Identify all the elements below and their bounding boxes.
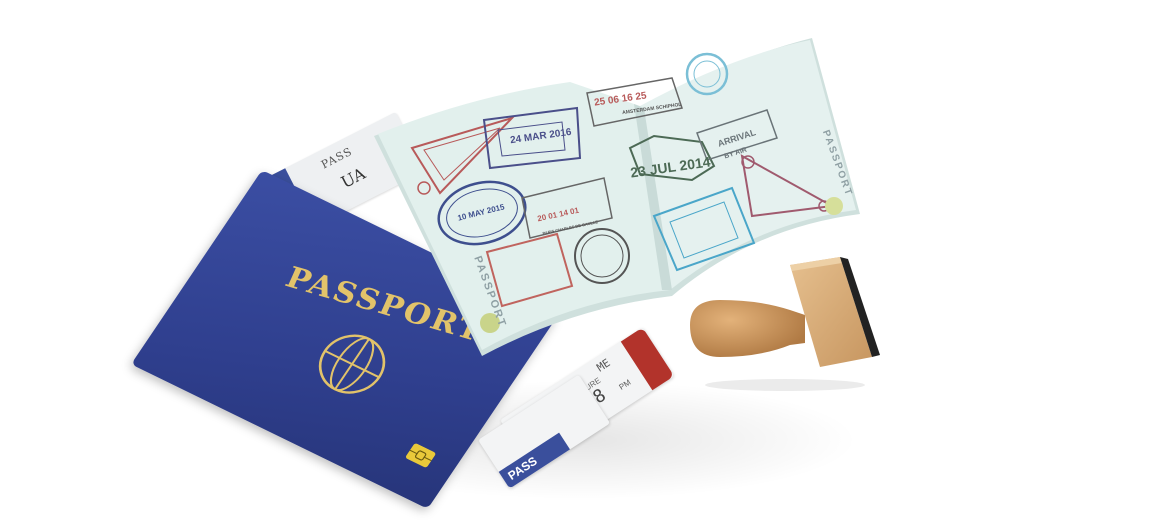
rubber-stamp-icon <box>680 245 890 395</box>
photo-scene: PASS UA ME TURE 08 PM G PASS PASS PASSPO… <box>0 0 1169 527</box>
biometric-chip-icon <box>405 443 437 469</box>
boarding-pass-name-label: ME <box>594 356 612 374</box>
boarding-pass-time-suffix: PM <box>617 378 632 392</box>
boarding-pass-label: PASS <box>319 145 355 172</box>
boarding-pass-code: UA <box>338 164 368 192</box>
